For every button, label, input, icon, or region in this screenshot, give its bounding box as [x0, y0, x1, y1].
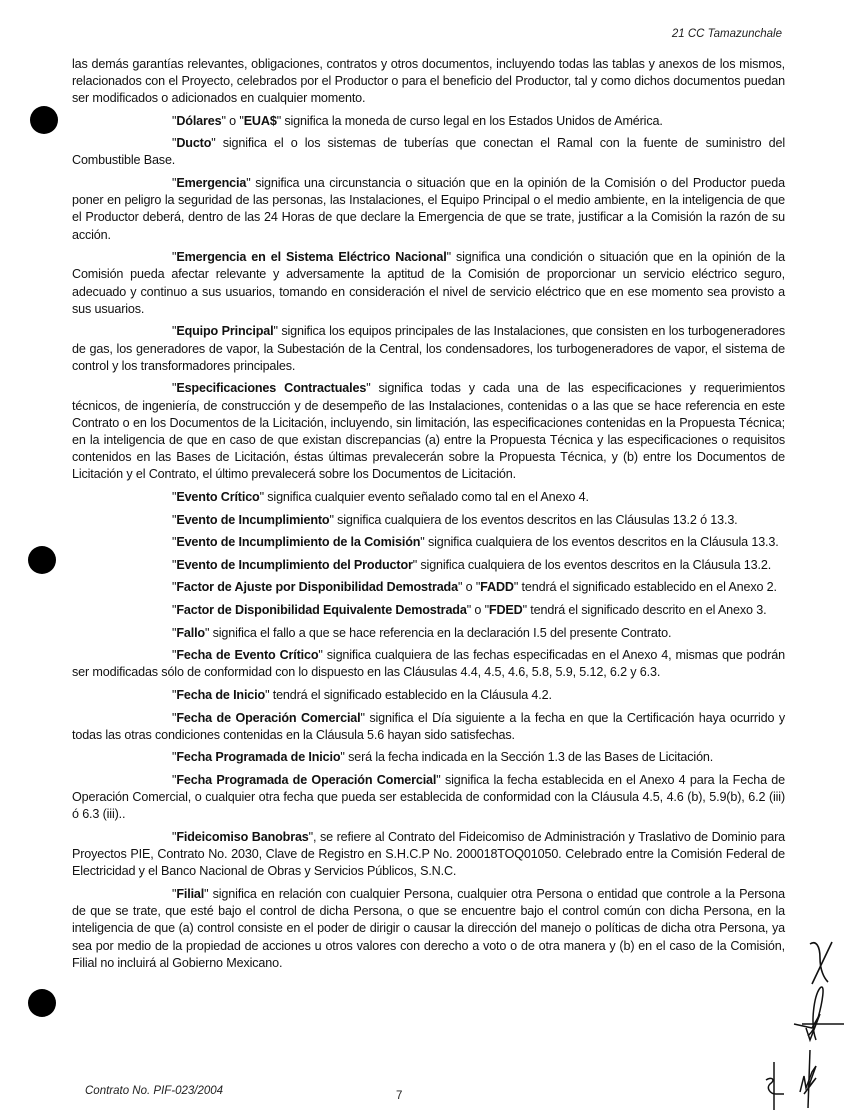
- definition-equipo-principal: "Equipo Principal" significa los equipos…: [72, 323, 785, 375]
- definition-evento-incumplimiento-comision: "Evento de Incumplimiento de la Comisión…: [72, 534, 785, 551]
- signature-3-icon: [796, 1048, 822, 1112]
- defined-term: Fideicomiso Banobras: [176, 830, 308, 844]
- defined-term: Evento Crítico: [176, 490, 259, 504]
- defined-term: Fallo: [176, 626, 205, 640]
- header-project-name: 21 CC Tamazunchale: [672, 28, 782, 40]
- definition-evento-incumplimiento-productor: "Evento de Incumplimiento del Productor"…: [72, 557, 785, 574]
- defined-term: Especificaciones Contractuales: [176, 381, 366, 395]
- definition-emergencia: "Emergencia" significa una circunstancia…: [72, 175, 785, 244]
- definition-filial: "Filial" significa en relación con cualq…: [72, 886, 785, 972]
- footer-contract-number: Contrato No. PIF-023/2004: [85, 1085, 223, 1097]
- signature-2-icon: [762, 1060, 786, 1114]
- document-body: las demás garantías relevantes, obligaci…: [72, 56, 785, 977]
- defined-term: Factor de Ajuste por Disponibilidad Demo…: [176, 580, 458, 594]
- defined-term: Dólares: [176, 114, 221, 128]
- defined-term: Evento de Incumplimiento de la Comisión: [176, 535, 420, 549]
- definition-fadd: "Factor de Ajuste por Disponibilidad Dem…: [72, 579, 785, 596]
- defined-term: Equipo Principal: [176, 324, 273, 338]
- definition-fideicomiso-banobras: "Fideicomiso Banobras", se refiere al Co…: [72, 829, 785, 881]
- defined-term: Fecha de Evento Crítico: [176, 648, 318, 662]
- definition-fallo: "Fallo" significa el fallo a que se hace…: [72, 625, 785, 642]
- hole-punch-top: [30, 106, 58, 134]
- defined-term: Fecha Programada de Inicio: [176, 750, 340, 764]
- definition-fecha-programada-operacion: "Fecha Programada de Operación Comercial…: [72, 772, 785, 824]
- continuation-paragraph: las demás garantías relevantes, obligaci…: [72, 56, 785, 108]
- defined-term: Evento de Incumplimiento del Productor: [176, 558, 412, 572]
- signature-1-icon: [792, 984, 846, 1044]
- hole-punch-bottom: [28, 989, 56, 1017]
- defined-term: Fecha de Inicio: [176, 688, 265, 702]
- defined-term: Evento de Incumplimiento: [176, 513, 329, 527]
- defined-term-alias: FDED: [489, 603, 523, 617]
- definition-fecha-operacion-comercial: "Fecha de Operación Comercial" significa…: [72, 710, 785, 744]
- definition-evento-critico: "Evento Crítico" significa cualquier eve…: [72, 489, 785, 506]
- footer-page-number: 7: [396, 1090, 402, 1102]
- defined-term-alias: FADD: [480, 580, 514, 594]
- defined-term: Emergencia: [176, 176, 246, 190]
- defined-term: Filial: [176, 887, 204, 901]
- initial-x-icon: [806, 938, 836, 988]
- definition-fecha-programada-inicio: "Fecha Programada de Inicio" será la fec…: [72, 749, 785, 766]
- defined-term-alias: EUA$: [244, 114, 277, 128]
- definition-emergencia-sen: "Emergencia en el Sistema Eléctrico Naci…: [72, 249, 785, 318]
- definition-ducto: "Ducto" significa el o los sistemas de t…: [72, 135, 785, 169]
- defined-term: Fecha de Operación Comercial: [176, 711, 360, 725]
- hole-punch-middle: [28, 546, 56, 574]
- defined-term: Emergencia en el Sistema Eléctrico Nacio…: [176, 250, 446, 264]
- defined-term: Ducto: [176, 136, 211, 150]
- definition-evento-incumplimiento: "Evento de Incumplimiento" significa cua…: [72, 512, 785, 529]
- defined-term: Fecha Programada de Operación Comercial: [176, 773, 436, 787]
- definition-fecha-inicio: "Fecha de Inicio" tendrá el significado …: [72, 687, 785, 704]
- definition-fecha-evento-critico: "Fecha de Evento Crítico" significa cual…: [72, 647, 785, 681]
- definition-dolares: "Dólares" o "EUA$" significa la moneda d…: [72, 113, 785, 130]
- definition-especificaciones: "Especificaciones Contractuales" signifi…: [72, 380, 785, 483]
- defined-term: Factor de Disponibilidad Equivalente Dem…: [176, 603, 466, 617]
- definition-fded: "Factor de Disponibilidad Equivalente De…: [72, 602, 785, 619]
